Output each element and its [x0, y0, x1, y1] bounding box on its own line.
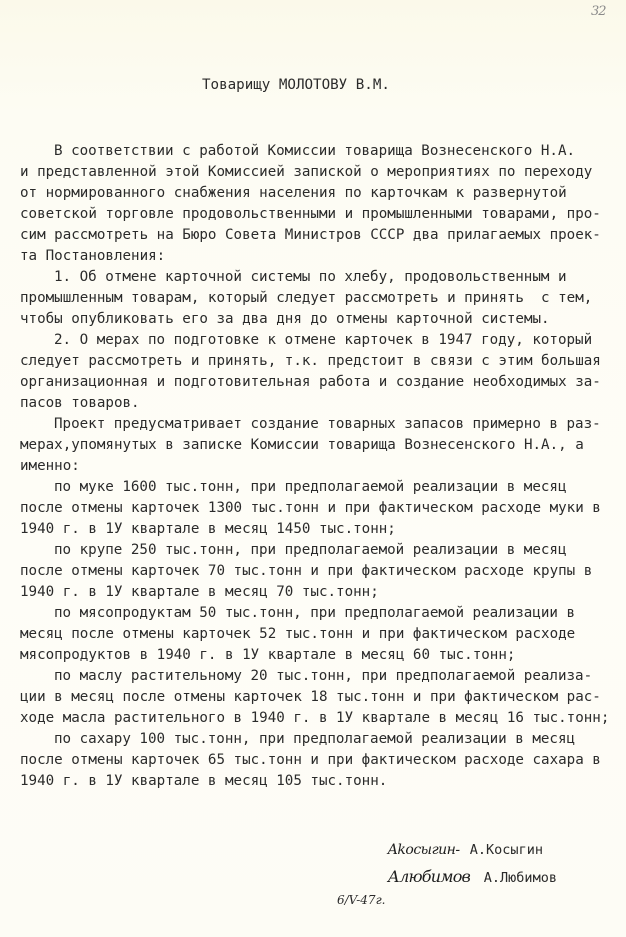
text-line: мерах,упомянутых в записке Комиссии това…	[20, 435, 620, 456]
handwritten-signature: Алюбимов	[388, 867, 484, 886]
signature-kosygin: Akocыгин-А.Косыгин	[330, 820, 620, 848]
text-line: чтобы опубликовать его за два дня до отм…	[20, 309, 620, 330]
addressee-heading: Товарищу МОЛОТОВУ В.М.	[202, 77, 390, 93]
text-line: 1940 г. в 1У квартале в месяц 70 тыс.тон…	[20, 582, 620, 603]
text-line: именно:	[20, 456, 620, 477]
typed-name: А.Любимов	[484, 870, 557, 886]
signature-lyubimov: АлюбимовА.Любимов	[330, 848, 620, 876]
paragraph-start-line: 2. О мерах по подготовке к отмене карточ…	[20, 330, 620, 351]
page-number: 32	[591, 4, 606, 19]
paragraph-start-line: В соответствии с работой Комиссии товари…	[20, 141, 620, 162]
text-line: следует рассмотреть и принять, т.к. пред…	[20, 351, 620, 372]
text-line: ходе масла растительного в 1940 г. в 1У …	[20, 708, 620, 729]
text-line: организационная и подготовительная работ…	[20, 372, 620, 393]
text-line: после отмены карточек 1300 тыс.тонн и пр…	[20, 498, 620, 519]
paragraph-start-line: по мясопродуктам 50 тыс.тонн, при предпо…	[20, 603, 620, 624]
text-line: 1940 г. в 1У квартале в месяц 105 тыс.то…	[20, 771, 620, 792]
text-line: ции в месяц после отмены карточек 18 тыс…	[20, 687, 620, 708]
letter-body: В соответствии с работой Комиссии товари…	[20, 141, 620, 792]
text-line: после отмены карточек 70 тыс.тонн и при …	[20, 561, 620, 582]
document-page: 32 Товарищу МОЛОТОВУ В.М. В соответствии…	[0, 0, 626, 937]
text-line: та Постановления:	[20, 246, 620, 267]
paragraph-start-line: Проект предусматривает создание товарных…	[20, 414, 620, 435]
text-line: от нормированного снабжения населения по…	[20, 183, 620, 204]
paragraph-start-line: 1. Об отмене карточной системы по хлебу,…	[20, 267, 620, 288]
text-line: сим рассмотреть на Бюро Совета Министров…	[20, 225, 620, 246]
handwritten-date: 6/V-47г.	[337, 893, 385, 907]
text-line: и представленной этой Комиссией запиской…	[20, 162, 620, 183]
text-line: после отмены карточек 65 тыс.тонн и при …	[20, 750, 620, 771]
paragraph-start-line: по муке 1600 тыс.тонн, при предполагаемо…	[20, 477, 620, 498]
text-line: советской торговле продовольственными и …	[20, 204, 620, 225]
paragraph-start-line: по сахару 100 тыс.тонн, при предполагаем…	[20, 729, 620, 750]
text-line: месяц после отмены карточек 52 тыс.тонн …	[20, 624, 620, 645]
signature-block: Akocыгин-А.Косыгин АлюбимовА.Любимов	[330, 820, 620, 876]
text-line: мясопродуктов в 1940 г. в 1У квартале в …	[20, 645, 620, 666]
paragraph-start-line: по крупе 250 тыс.тонн, при предполагаемо…	[20, 540, 620, 561]
text-line: промышленным товарам, который следует ра…	[20, 288, 620, 309]
text-line: 1940 г. в 1У квартале в месяц 1450 тыс.т…	[20, 519, 620, 540]
text-line: пасов товаров.	[20, 393, 620, 414]
paragraph-start-line: по маслу растительному 20 тыс.тонн, при …	[20, 666, 620, 687]
